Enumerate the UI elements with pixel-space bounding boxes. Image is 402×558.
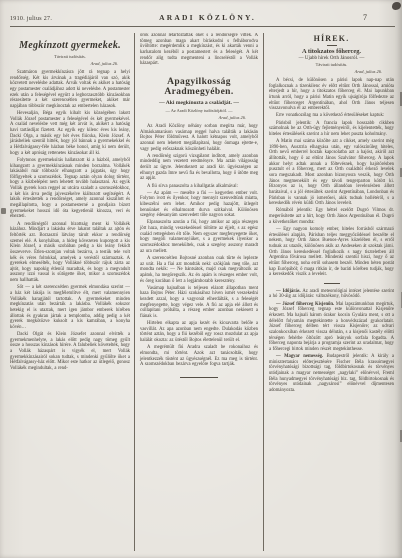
paragraph: Dacki Olgát és Klein Józsefet azonnal el… [10,332,130,372]
issue-date: 1910. julius 27. [10,16,52,22]
news-item-lead: — Időjárás. [276,289,301,294]
paragraph: A bécsi, de különösen a párisi lapok nap… [269,78,394,112]
article1-body: Szatmáron gyermekkínzásra jött rá tegnap… [10,70,130,372]
article-end-rule [180,377,218,378]
page-number: 7 [363,13,395,22]
paragraph: — Az apám — mesélte a fiú — kegyetlen em… [140,191,258,219]
column-right: HÍREK. A titokzatos főherceg. — Ujabb hí… [264,33,397,551]
paragraph: A szerencsétlen Bojtosné azonban csak tű… [140,256,258,284]
paragraph: Folytonos gyermeksírás hallatszott ki a … [10,158,130,220]
paragraph: Szatmáron gyermekkínzásra jött rá tegnap… [10,70,130,110]
scan-ink-blot [392,2,401,10]
news-item-lead: — Magyar nemesség. [276,354,323,359]
columns: Megkínzott gyermekek. Távirati tudósítás… [8,33,397,551]
article2-body: Az Aradi Közlöny néhány sorban megírta m… [140,124,258,368]
newspaper-title: ARADI KÖZLÖNY. [159,13,256,22]
paragraph: Hirtelen elkapta az apja kezét és kicsav… [140,321,258,344]
masthead: 1910. julius 27. ARADI KÖZLÖNY. 7 [10,13,395,27]
article2-dateline: Arad, julius 26. [140,115,258,120]
article3-dateline: Arad, julius 26. [269,69,394,74]
section-dash-rule [327,45,337,46]
paragraph: Az Aradi Közlöny néhány sorban megírta m… [140,124,258,152]
paragraph: Hevesalján, Béga egyik kihalt kis község… [10,111,130,156]
news-item: — József főherceg Kisjenőn. Mai lapszámu… [269,302,394,353]
newspaper-page-scan: 1910. julius 27. ARADI KÖZLÖNY. 7 Megkín… [0,0,402,558]
news-item: — Időjárás. Az aradi meteorológiai intéz… [269,289,394,300]
article2-subtitle1: — Aki megkínozta a családját. — [140,100,258,106]
paragraph: A rendőrség szigorú vizsgálatot indított… [140,154,258,182]
paragraph: Rómából jelentik: Egy héttel ezelőtt Dug… [269,208,394,225]
article2-title: Apagyilkosság Aradmegyében. [140,77,258,97]
paragraph: A megrémült fiú Aradra szaladt be rokona… [140,345,258,368]
paragraph: A fiú sírva panaszolta a kihallgatás alk… [140,184,258,190]
article3-title: A titokzatos főherceg. [269,48,394,55]
article1-dateline: Arad, julius 26. [10,61,130,66]
article3-subtitle2: Távirati tudósítás. [269,62,394,67]
article2-subtitle2: — Az Aradi Közlöny tudósítójától. — [140,108,258,113]
news-item-text: Mai lapszámunkban megírtuk, hogy József … [269,302,394,352]
paragraph: A rendőrségtől azonnal bizottság ment ki… [10,222,130,284]
article3-subtitle: — Ujabb hírek Orth Jánosról. — [269,56,394,61]
paragraph: Erre vonatkozólag ma a következő értesül… [269,113,394,119]
scan-margin-mark [1,208,6,214]
paragraph: Vasárnap hajnalban is teljesen elázott á… [140,286,258,320]
news-item: — Magyar nemesség. Budapestről jelentik:… [269,354,394,394]
paragraph: Sőt — a két szerencsétlen gyermek elmond… [10,285,130,330]
article1-continuation: őrök azonnal letartóztatták őket s a ren… [140,33,258,67]
column-left: Megkínzott gyermekek. Távirati tudósítás… [8,33,134,551]
article1-subtitle: Távirati tudósítás. [10,54,130,59]
article3-body: A bécsi, de különösen a párisi lapok nap… [269,78,394,278]
news-items: — Időjárás. Az aradi meteorológiai intéz… [269,289,394,394]
paragraph: Párisból jelentik: A francia lapok hossz… [269,121,394,138]
items-separator-rule [324,283,340,284]
news-item-text: Budapestről jelentik: A király a miniszt… [269,354,394,393]
article1-title: Megkínzott gyermekek. [10,40,130,51]
news-item-lead: — József főherceg Kisjenőn. [276,302,334,307]
news-section-title: HÍREK. [269,34,394,43]
paragraph: A Matin mai száma közölte azt a cikket, … [269,139,394,207]
paragraph: Elpanaszolta azután a fiú, hogy amikor a… [140,220,258,254]
column-middle: őrök azonnal letartóztatták őket s a ren… [134,33,264,551]
paragraph: — Egy nagyon komoly ember, hiteles forrá… [269,227,394,278]
